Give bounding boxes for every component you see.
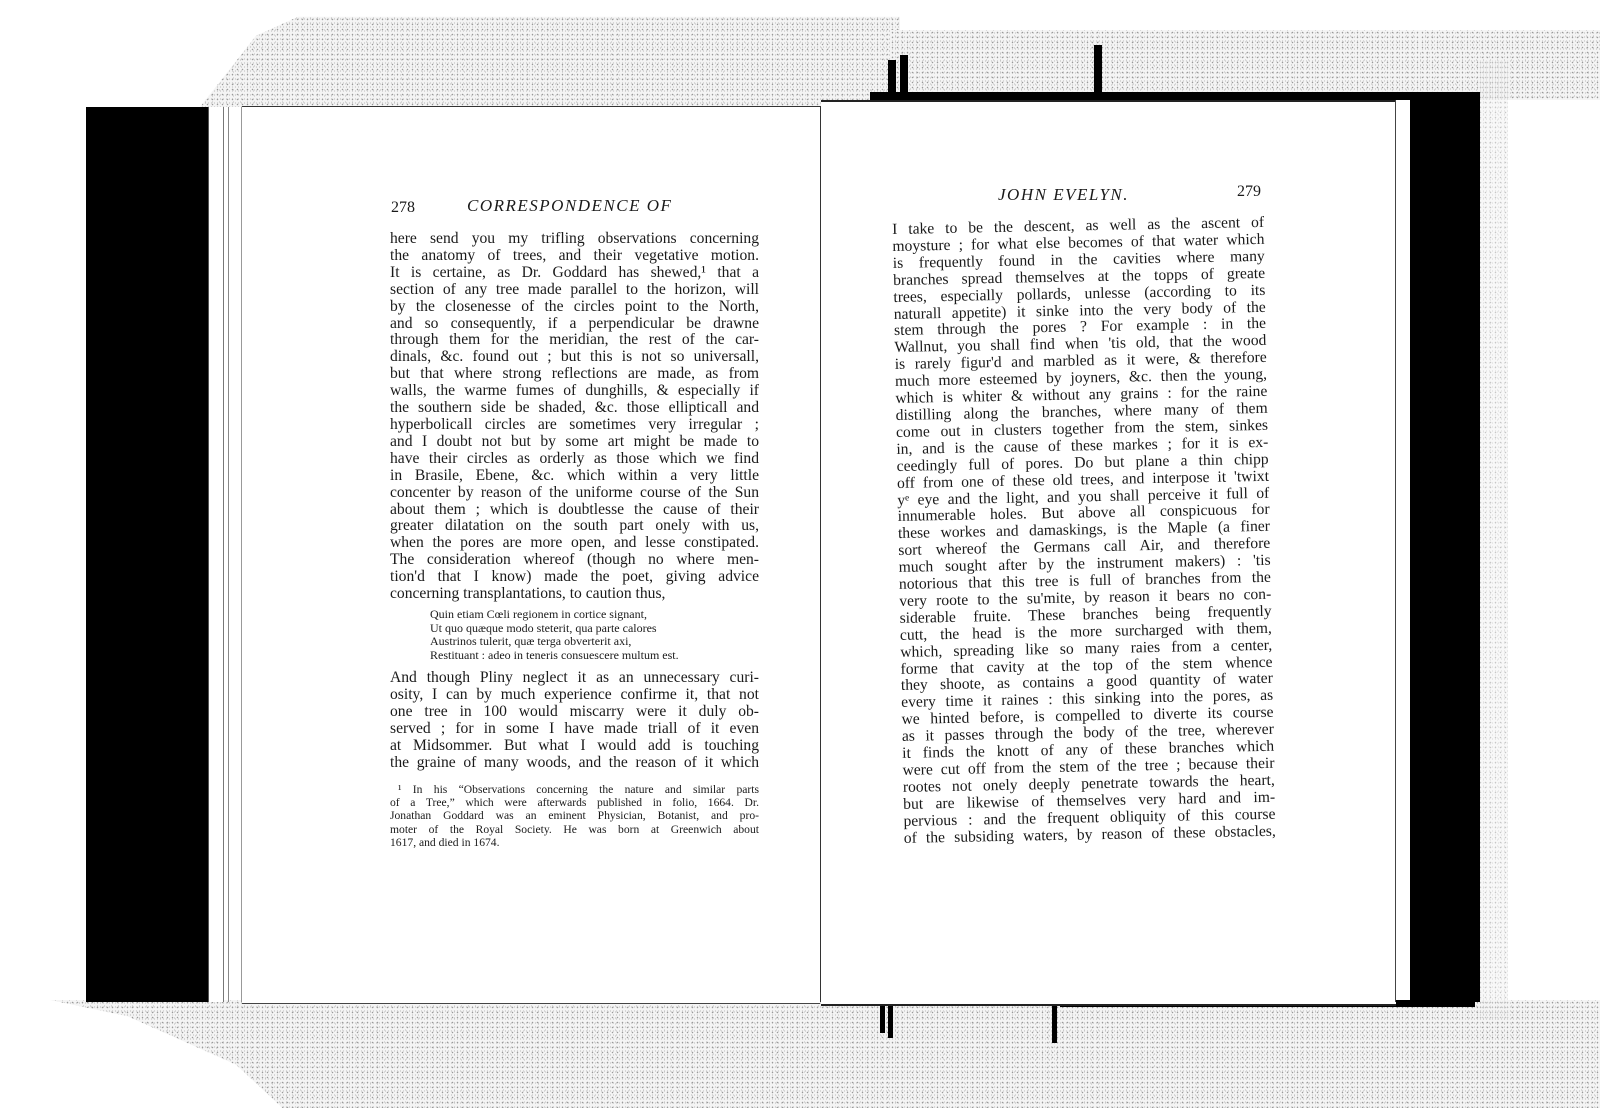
text-line: and I doubt not but by some art might be…: [390, 434, 759, 451]
text-line: walls, the warme fumes of dunghills, & e…: [390, 383, 759, 400]
verse-line: Austrinos tulerit, quæ terga obverterit …: [430, 635, 679, 649]
text-line: hyperbolicall circles are sometimes very…: [390, 417, 759, 434]
text-line: greater dilatation on the south part one…: [390, 518, 759, 535]
page-number-right: 279: [1237, 183, 1261, 201]
scan-background-top-left: [200, 12, 900, 107]
left-body-text-1: here send you my trifling observations c…: [390, 231, 759, 603]
page-stack-left-inner: [228, 107, 242, 1002]
book-cover-top-edge: [870, 92, 1470, 100]
verse-line: Ut quo quæque modo steterit, qua parte c…: [430, 622, 679, 636]
text-line: one tree in 100 would miscarry were it d…: [390, 704, 759, 721]
text-line: in Brasile, Ebene, &c. which within a ve…: [390, 468, 759, 485]
text-line: when the pores are more open, and lesse …: [390, 535, 759, 552]
text-line: It is certaine, as Dr. Goddard has shewe…: [390, 265, 759, 282]
text-line: served ; for in some I have made triall …: [390, 721, 759, 738]
text-line: the southern side be shaded, &c. those e…: [390, 400, 759, 417]
verse-line: Quin etiam Cœli regionem in cortice sign…: [430, 608, 679, 622]
left-body-text-2: And though Pliny neglect it as an unnece…: [390, 670, 759, 771]
text-line: at Midsommer. But what I would add is to…: [390, 738, 759, 755]
page-number-left: 278: [391, 199, 415, 217]
scan-background-bottom: [50, 1000, 1600, 1108]
ribbon-tab: [888, 1003, 893, 1038]
ribbon-tab: [888, 60, 896, 100]
text-line: And though Pliny neglect it as an unnece…: [390, 670, 759, 687]
footnote: ¹ In his “Observations concerning the na…: [390, 783, 759, 849]
latin-verse: Quin etiam Cœli regionem in cortice sign…: [430, 608, 679, 662]
ribbon-tab: [900, 55, 908, 100]
ribbon-tab: [1094, 45, 1102, 100]
text-line: section of any tree made parallel to the…: [390, 282, 759, 299]
text-line: about them ; which is doubtlesse the cau…: [390, 502, 759, 519]
book-cover-right: [1410, 92, 1480, 1002]
text-line: through them for the meridian, the rest …: [390, 332, 759, 349]
text-line: concerning transplantations, to caution …: [390, 586, 759, 603]
running-head-title: JOHN EVELYN.: [998, 185, 1129, 204]
text-line: the graine of many woods, and the reason…: [390, 755, 759, 772]
text-line: here send you my trifling observations c…: [390, 231, 759, 248]
text-line: osity, I can by much experience confirme…: [390, 687, 759, 704]
ribbon-tab: [880, 1003, 885, 1033]
page-stack-right: [1395, 100, 1410, 1002]
text-line: but that where strong reflections are ma…: [390, 366, 759, 383]
footnote-line: 1617, and died in 1674.: [390, 836, 759, 849]
text-line: and so consequently, if a perpendicular …: [390, 316, 759, 333]
text-line: dinals, &c. found out ; but this is not …: [390, 349, 759, 366]
running-head-title: CORRESPONDENCE OF: [467, 196, 672, 215]
text-line: concenter by reason of the uniforme cour…: [390, 485, 759, 502]
text-line: The consideration whereof (though no whe…: [390, 552, 759, 569]
footnote-line: of a Tree,” which were afterwards publis…: [390, 796, 759, 809]
scan-background-top-far-right: [1420, 30, 1600, 52]
footnote-line: Jonathan Goddard was an eminent Physicia…: [390, 809, 759, 822]
text-line: tion'd that I know) made the poet, givin…: [390, 569, 759, 586]
text-line: have their circles as orderly as those w…: [390, 451, 759, 468]
text-line: the anatomy of trees, and their vegetati…: [390, 248, 759, 265]
scan-background-right-edge: [1478, 60, 1508, 1020]
verse-line: Restituant : adeo in teneris consuescere…: [430, 649, 679, 663]
running-head-right: JOHN EVELYN.: [998, 185, 1129, 205]
footnote-line: ¹ In his “Observations concerning the na…: [390, 783, 759, 796]
page-stack-left: [208, 107, 224, 1002]
book-cover-left: [86, 107, 208, 1002]
right-body-text: I take to be the descent, as well as the…: [892, 215, 1276, 848]
text-line: by the closenesse of the circles point t…: [390, 299, 759, 316]
footnote-line: moter of the Royal Society. He was born …: [390, 823, 759, 836]
book-gutter: [820, 106, 821, 1002]
running-head-left: CORRESPONDENCE OF: [467, 196, 672, 216]
ribbon-tab: [1052, 1003, 1057, 1043]
